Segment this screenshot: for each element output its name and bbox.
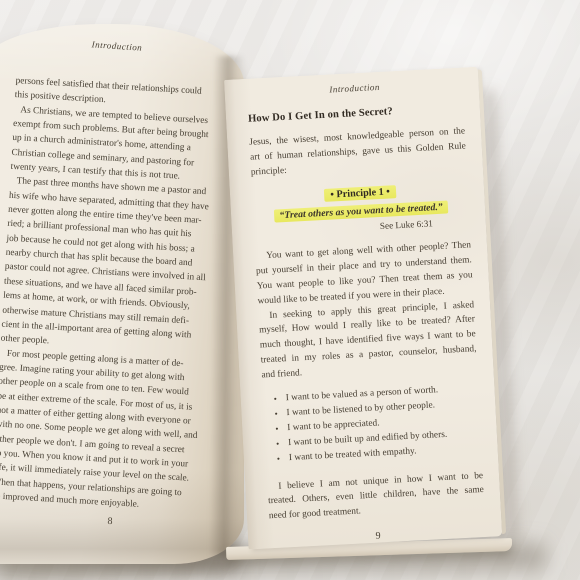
book-photo: Introduction persons feel satisfied that… (0, 0, 580, 580)
right-page: Introduction How Do I Get In on the Secr… (224, 67, 502, 550)
left-page-text: persons feel satisfied that their relati… (0, 74, 244, 521)
intro-paragraph: Jesus, the wisest, most knowledgeable pe… (249, 124, 467, 180)
body-paragraph-a: You want to get along well with other pe… (255, 239, 474, 309)
body-paragraph-b: In seeking to apply this great principle… (258, 298, 478, 383)
bullet-list: I want to be valued as a person of worth… (272, 381, 482, 467)
right-page-text: Introduction How Do I Get In on the Secr… (246, 78, 486, 548)
left-page-number: 8 (70, 514, 150, 529)
principle-label-highlight: • Principle 1 • (324, 186, 396, 203)
principle-block: • Principle 1 • “Treat others as you wan… (252, 178, 470, 238)
left-running-head: Introduction (32, 35, 202, 57)
left-page: Introduction persons feel satisfied that… (0, 24, 244, 564)
section-heading: How Do I Get In on the Secret? (248, 102, 464, 124)
closing-paragraph: I believe I am not unique in how I want … (267, 469, 485, 525)
right-running-head: Introduction (246, 78, 462, 99)
